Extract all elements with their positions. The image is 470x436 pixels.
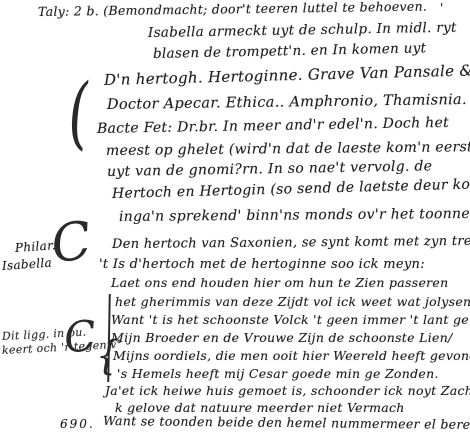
dialogue-line: Den hertoch van Saxonien, se synt komt m… — [112, 235, 470, 251]
cast-line: meest op ghelet (wird'n dat de laeste ko… — [106, 140, 470, 158]
stage-direction-line: Isabella armeckt uyt de schulp. In midl.… — [148, 22, 457, 41]
cast-line: inga'n sprekend' binn'ns monds ov'r het … — [119, 207, 470, 224]
speaker-label-isabella: Isabella — [2, 257, 53, 272]
verse-line: Ja'et ick heiwe huis gemoet is, schoonde… — [105, 385, 470, 398]
verse-line: Laet ons end houden hier om hun te Zien … — [111, 277, 448, 290]
verse-line: 's Hemels heeft mij Cesar goede min ge Z… — [117, 368, 439, 381]
dialogue-line: 't Is d'hertoch met de hertoginne soo ic… — [99, 258, 425, 271]
verse-line: Mijns oordiels, die men ooit hier Weerel… — [113, 350, 470, 363]
cast-line: Bacte Fet: Dr.br. In meer and'r edel'n. … — [97, 116, 449, 136]
verse-number: 690. — [60, 418, 95, 430]
stage-direction-line: blasen de trompett'n. en In komen uyt — [153, 42, 427, 61]
cast-line: Hertoch en Hertogin (so send de laetste … — [112, 177, 470, 201]
verse-line: Want se toonden beide den hemel nummerme… — [103, 415, 470, 432]
verse-line: Want 't is het schoonste Volck 't geen i… — [111, 314, 470, 327]
speaker-label-philar: Philar. — [15, 239, 57, 254]
paren-flourish: ( — [66, 74, 91, 154]
verse-line: Mijn Broeder en de Vrouwe Zijn de schoon… — [111, 332, 453, 345]
cast-line: Doctor Apecar. Ethica.. Amphronio, Thami… — [107, 93, 467, 113]
cast-line: uyt van de gnomi?rn. In so nae't vervolg… — [107, 159, 433, 179]
manuscript-page: Taly: 2 b. (Bemondmacht; door't teeren l… — [0, 0, 470, 436]
stray-ink-mark: ' — [440, 2, 444, 14]
heading-line: Taly: 2 b. (Bemondmacht; door't teeren l… — [38, 1, 427, 19]
cast-line: D'n hertogh. Hertoginne. Grave Van Pansa… — [104, 63, 470, 88]
verse-line: het gherimmis van deze Zijdt vol ick wee… — [115, 296, 470, 309]
